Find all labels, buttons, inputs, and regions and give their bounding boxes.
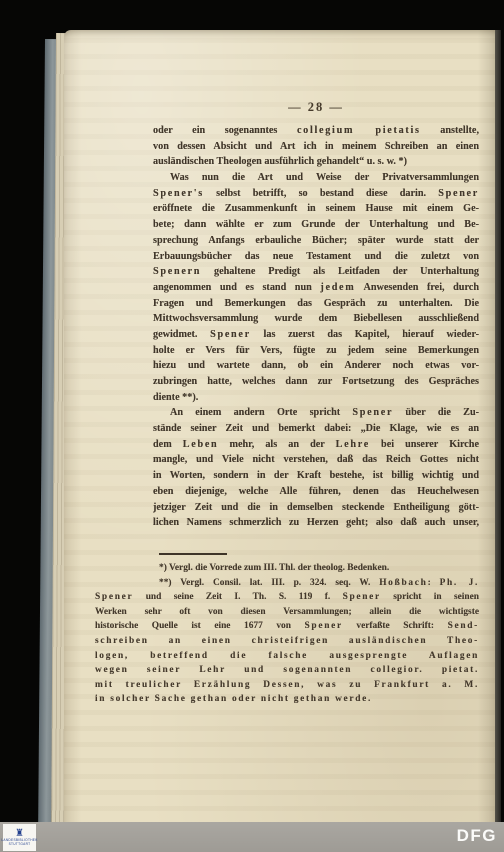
text-line: mangle, und Viele nicht verstehen, daß d… (153, 452, 479, 468)
text-line: **) Vergl. Consil. lat. III. p. 324. seq… (95, 576, 479, 591)
footnote-separator (159, 553, 227, 555)
text-line: eben diejenige, welche Alle führen, dene… (153, 484, 479, 500)
text-line: Spener's selbst betrifft, so bestand die… (153, 186, 479, 202)
page-number-header: — 28 — (153, 100, 479, 115)
text-line: sprechung Anfangs erbauliche Bücher; spä… (153, 233, 479, 249)
text-line: Werken sehr oft von diesen Versammlungen… (95, 605, 479, 620)
emphasized-text: Send- (448, 621, 479, 631)
text-line: mit treulicher Erzählung Dessen, was zu … (95, 678, 479, 693)
text-line: zubringen hatte, welches dann zur Fortse… (153, 374, 479, 390)
emphasized-text: mit treulicher Erzählung Dessen, was zu … (95, 680, 479, 690)
dfg-logo: DFG (457, 826, 497, 846)
emphasized-text: Spener (352, 407, 393, 418)
text-line: dem Leben mehr, als an der Lehre bei uns… (153, 437, 479, 453)
text-line: in Worten, sondern in der Kraft bestehe,… (153, 468, 479, 484)
emphasized-text: Spener (438, 188, 479, 199)
book-page: — 28 — oder ein sogenanntes collegium pi… (64, 30, 495, 822)
text-line: Spenern gehaltene Predigt als Leitfaden … (153, 264, 479, 280)
scanned-book-view: — 28 — oder ein sogenanntes collegium pi… (0, 0, 504, 852)
emphasized-text: Hoßbach (379, 578, 427, 588)
library-logo: ♜ LANDESBIBLIOTHEK STUTTGART (3, 824, 36, 851)
emphasized-text: Leben (183, 439, 219, 450)
text-line: in solcher Sache gethan oder nicht getha… (95, 692, 479, 707)
text-line: holte er Vers für Vers, fügte zu jedem s… (153, 343, 479, 359)
text-line: Was nun die Art und Weise der Privatvers… (153, 170, 479, 186)
emphasized-text: Spenern (153, 266, 201, 277)
text-line: eröffnete die Zusammenkunft in seinem Ha… (153, 201, 479, 217)
emphasized-text: schreiben an einen christeifrigen auslän… (95, 636, 479, 646)
text-line: historische Quelle ist eine 1677 von Spe… (95, 619, 479, 634)
emphasized-text: wegen seiner Lehr und sogenannten colleg… (95, 665, 479, 675)
text-line: diente **). (153, 390, 479, 406)
paragraph: An einem andern Orte spricht Spener über… (153, 405, 479, 531)
emphasized-text: Spener (343, 592, 381, 602)
text-line: lichen Namens schmerzlich zu Herzen geht… (153, 515, 479, 531)
emphasized-text: Spener's (153, 188, 204, 199)
page-right-edge (495, 30, 501, 822)
emphasized-text: collegium pietatis (297, 125, 421, 136)
text-line: logen, betreffend die falsche ausgespren… (95, 649, 479, 664)
emphasized-text: Lehre (336, 439, 370, 450)
text-line: stände seiner Zeit und bemerkt dabei: „D… (153, 421, 479, 437)
text-line: Erbauungsbücher das neue Testament und d… (153, 249, 479, 265)
paragraph: Was nun die Art und Weise der Privatvers… (153, 170, 479, 405)
text-line: hiezu und wartete dann, ob ein Anderer n… (153, 358, 479, 374)
emphasized-text: Ph. J. (440, 578, 479, 588)
footnote: *) Vergl. die Vorrede zum III. Thl. der … (95, 561, 479, 576)
text-line: von dessen Absicht und Art ich in meinem… (153, 139, 479, 155)
emphasized-text: in solcher Sache gethan oder nicht getha… (95, 694, 372, 704)
text-line: Fragen und Bemerkungen das Gespräch zu u… (153, 296, 479, 312)
text-line: *) Vergl. die Vorrede zum III. Thl. der … (95, 561, 479, 576)
paragraph: oder ein sogenanntes collegium pietatis … (153, 123, 479, 170)
scan-footer-bar: ♜ LANDESBIBLIOTHEK STUTTGART DFG (0, 822, 504, 852)
footnotes-block: *) Vergl. die Vorrede zum III. Thl. der … (95, 545, 479, 707)
emphasized-text: jedem (320, 282, 355, 293)
text-line: jetziger Zeit und die in demselben steck… (153, 500, 479, 516)
text-line: ausländischen Theologen ausführlich geha… (153, 154, 479, 170)
text-line: schreiben an einen christeifrigen auslän… (95, 634, 479, 649)
emphasized-text: Spener (210, 329, 251, 340)
emphasized-text: Spener (305, 621, 343, 631)
emphasized-text: Spener (95, 592, 133, 602)
library-logo-line2: STUTTGART (9, 843, 31, 847)
text-line: Spener und seine Zeit I. Th. S. 119 f. S… (95, 590, 479, 605)
text-line: gewidmet. Spener las zuerst das Kapitel,… (153, 327, 479, 343)
body-text: oder ein sogenanntes collegium pietatis … (153, 123, 479, 531)
footnotes-list: *) Vergl. die Vorrede zum III. Thl. der … (95, 561, 479, 707)
footnote: **) Vergl. Consil. lat. III. p. 324. seq… (95, 576, 479, 707)
text-line: wegen seiner Lehr und sogenannten colleg… (95, 663, 479, 678)
text-line: angenommen und es stand nun jedem Anwese… (153, 280, 479, 296)
text-line: Mittwochsversammlung wurde dem Biebelles… (153, 311, 479, 327)
text-line: oder ein sogenanntes collegium pietatis … (153, 123, 479, 139)
text-line: bete; dann wählte er zum Grunde der Unte… (153, 217, 479, 233)
emphasized-text: logen, betreffend die falsche ausgespren… (95, 651, 479, 661)
text-line: An einem andern Orte spricht Spener über… (153, 405, 479, 421)
